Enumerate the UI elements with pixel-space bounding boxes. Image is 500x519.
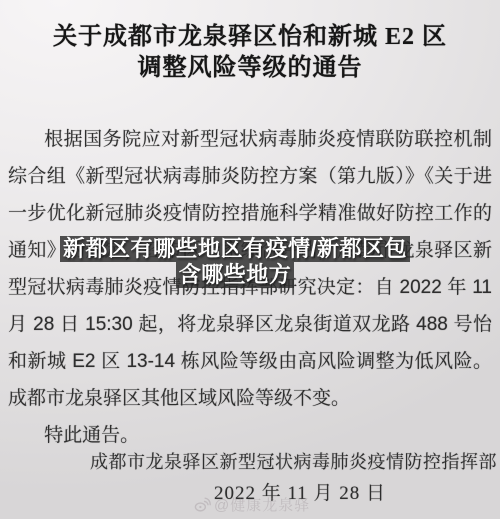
notice-title-line2: 调整风险等级的通告 [0, 53, 500, 84]
notice-paragraph-main: 根据国务院应对新型冠状病毒肺炎疫情联防联控机制综合组《新型冠状病毒肺炎防控方案（… [8, 121, 492, 417]
notice-document: 关于成都市龙泉驿区怡和新城 E2 区 调整风险等级的通告 根据国务院应对新型冠状… [0, 0, 500, 519]
notice-body: 根据国务院应对新型冠状病毒肺炎疫情联防联控机制综合组《新型冠状病毒肺炎防控方案（… [8, 121, 492, 454]
notice-title-line1: 关于成都市龙泉驿区怡和新城 E2 区 [0, 22, 500, 53]
notice-signature: 成都市龙泉驿区新型冠状病毒肺炎疫情防控指挥部 [90, 448, 497, 474]
weibo-handle: @健康龙泉驿 [214, 494, 310, 515]
weibo-icon [194, 497, 211, 512]
weibo-watermark: @健康龙泉驿 [194, 494, 310, 515]
notice-title: 关于成都市龙泉驿区怡和新城 E2 区 调整风险等级的通告 [0, 22, 500, 84]
